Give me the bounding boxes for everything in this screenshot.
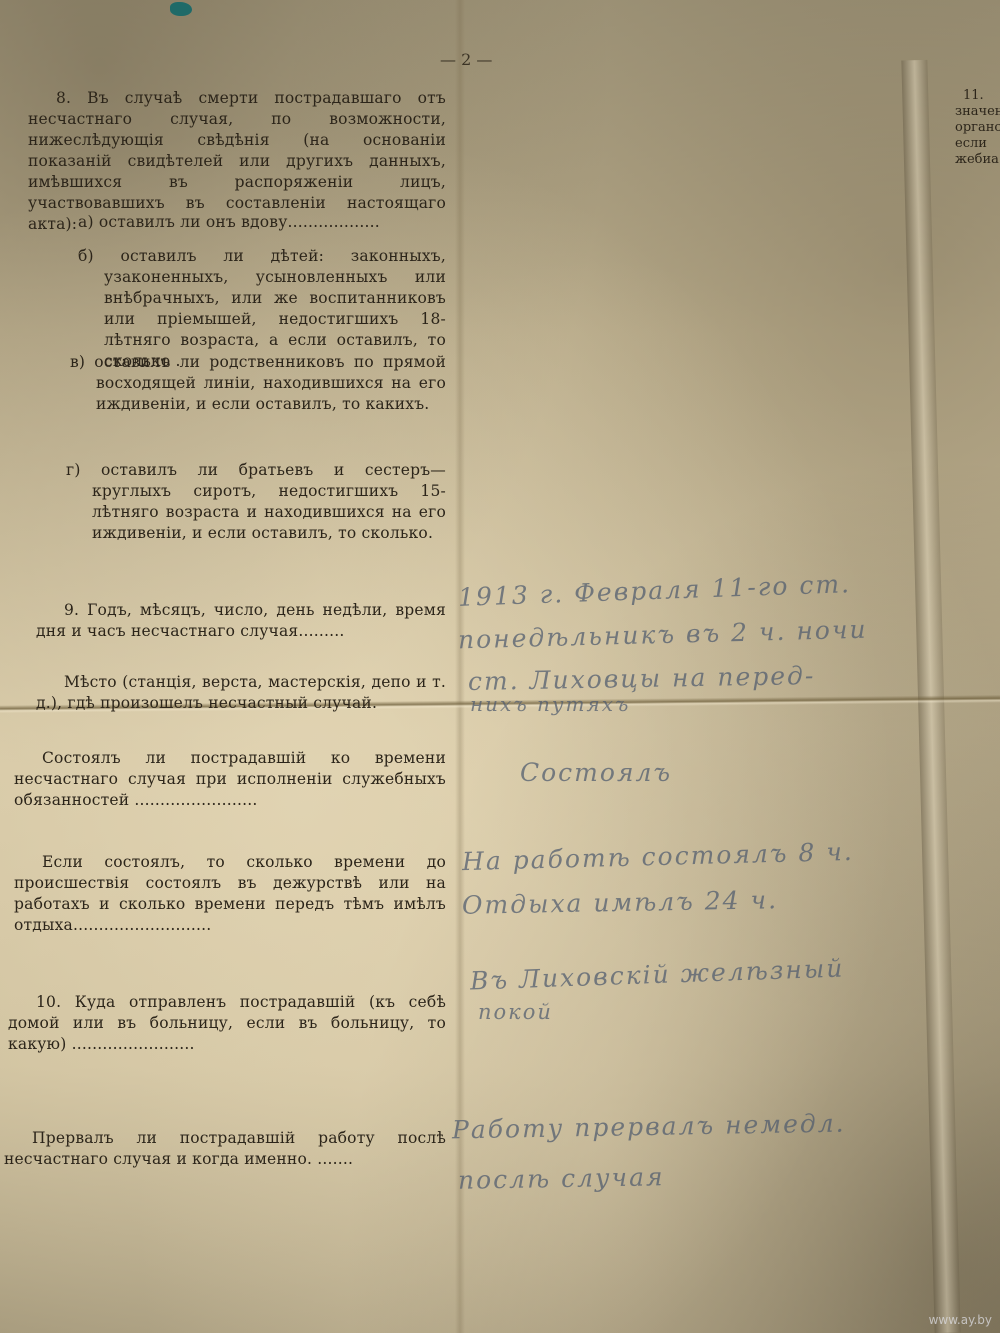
- question-8g: г) оставилъ ли братьевъ и сестеръ— кругл…: [66, 460, 446, 544]
- handwritten-on-duty: Состоялъ: [520, 758, 672, 787]
- watermark: www.ay.by: [929, 1313, 992, 1327]
- handwritten-place-line-2: нихъ путяхъ: [470, 692, 630, 716]
- question-10-work-interrupted: Прервалъ ли пострадавшій работу послѣ не…: [4, 1128, 446, 1170]
- handwritten-sent-line-2: покой: [478, 1000, 553, 1024]
- question-9-hours: Если состоялъ, то сколько времени до про…: [14, 852, 446, 936]
- page-number: — 2 —: [440, 50, 492, 69]
- handwritten-place-line-1: ст. Лиховцы на перед-: [468, 661, 816, 696]
- handwritten-work-line-2: послѣ случая: [458, 1162, 665, 1195]
- question-9-date: 9. Годъ, мѣсяцъ, число, день недѣли, вре…: [36, 600, 446, 642]
- next-column-fragment: 11. значен органс если жебиа: [955, 88, 1000, 168]
- ink-stain: [170, 2, 192, 16]
- question-10-sent-to: 10. Куда отправленъ пострадавшій (къ себ…: [8, 992, 446, 1055]
- question-8v: в) оставилъ ли родственниковъ по прямой …: [70, 352, 446, 415]
- question-9-on-duty: Состоялъ ли пострадавшій ко времени несч…: [14, 748, 446, 811]
- question-9-place: Мѣсто (станція, верста, мастерскія, депо…: [36, 672, 446, 714]
- question-8a: а) оставилъ ли онъ вдову................…: [78, 212, 446, 233]
- handwritten-hours-line-2: Отдыха имѣлъ 24 ч.: [462, 885, 778, 920]
